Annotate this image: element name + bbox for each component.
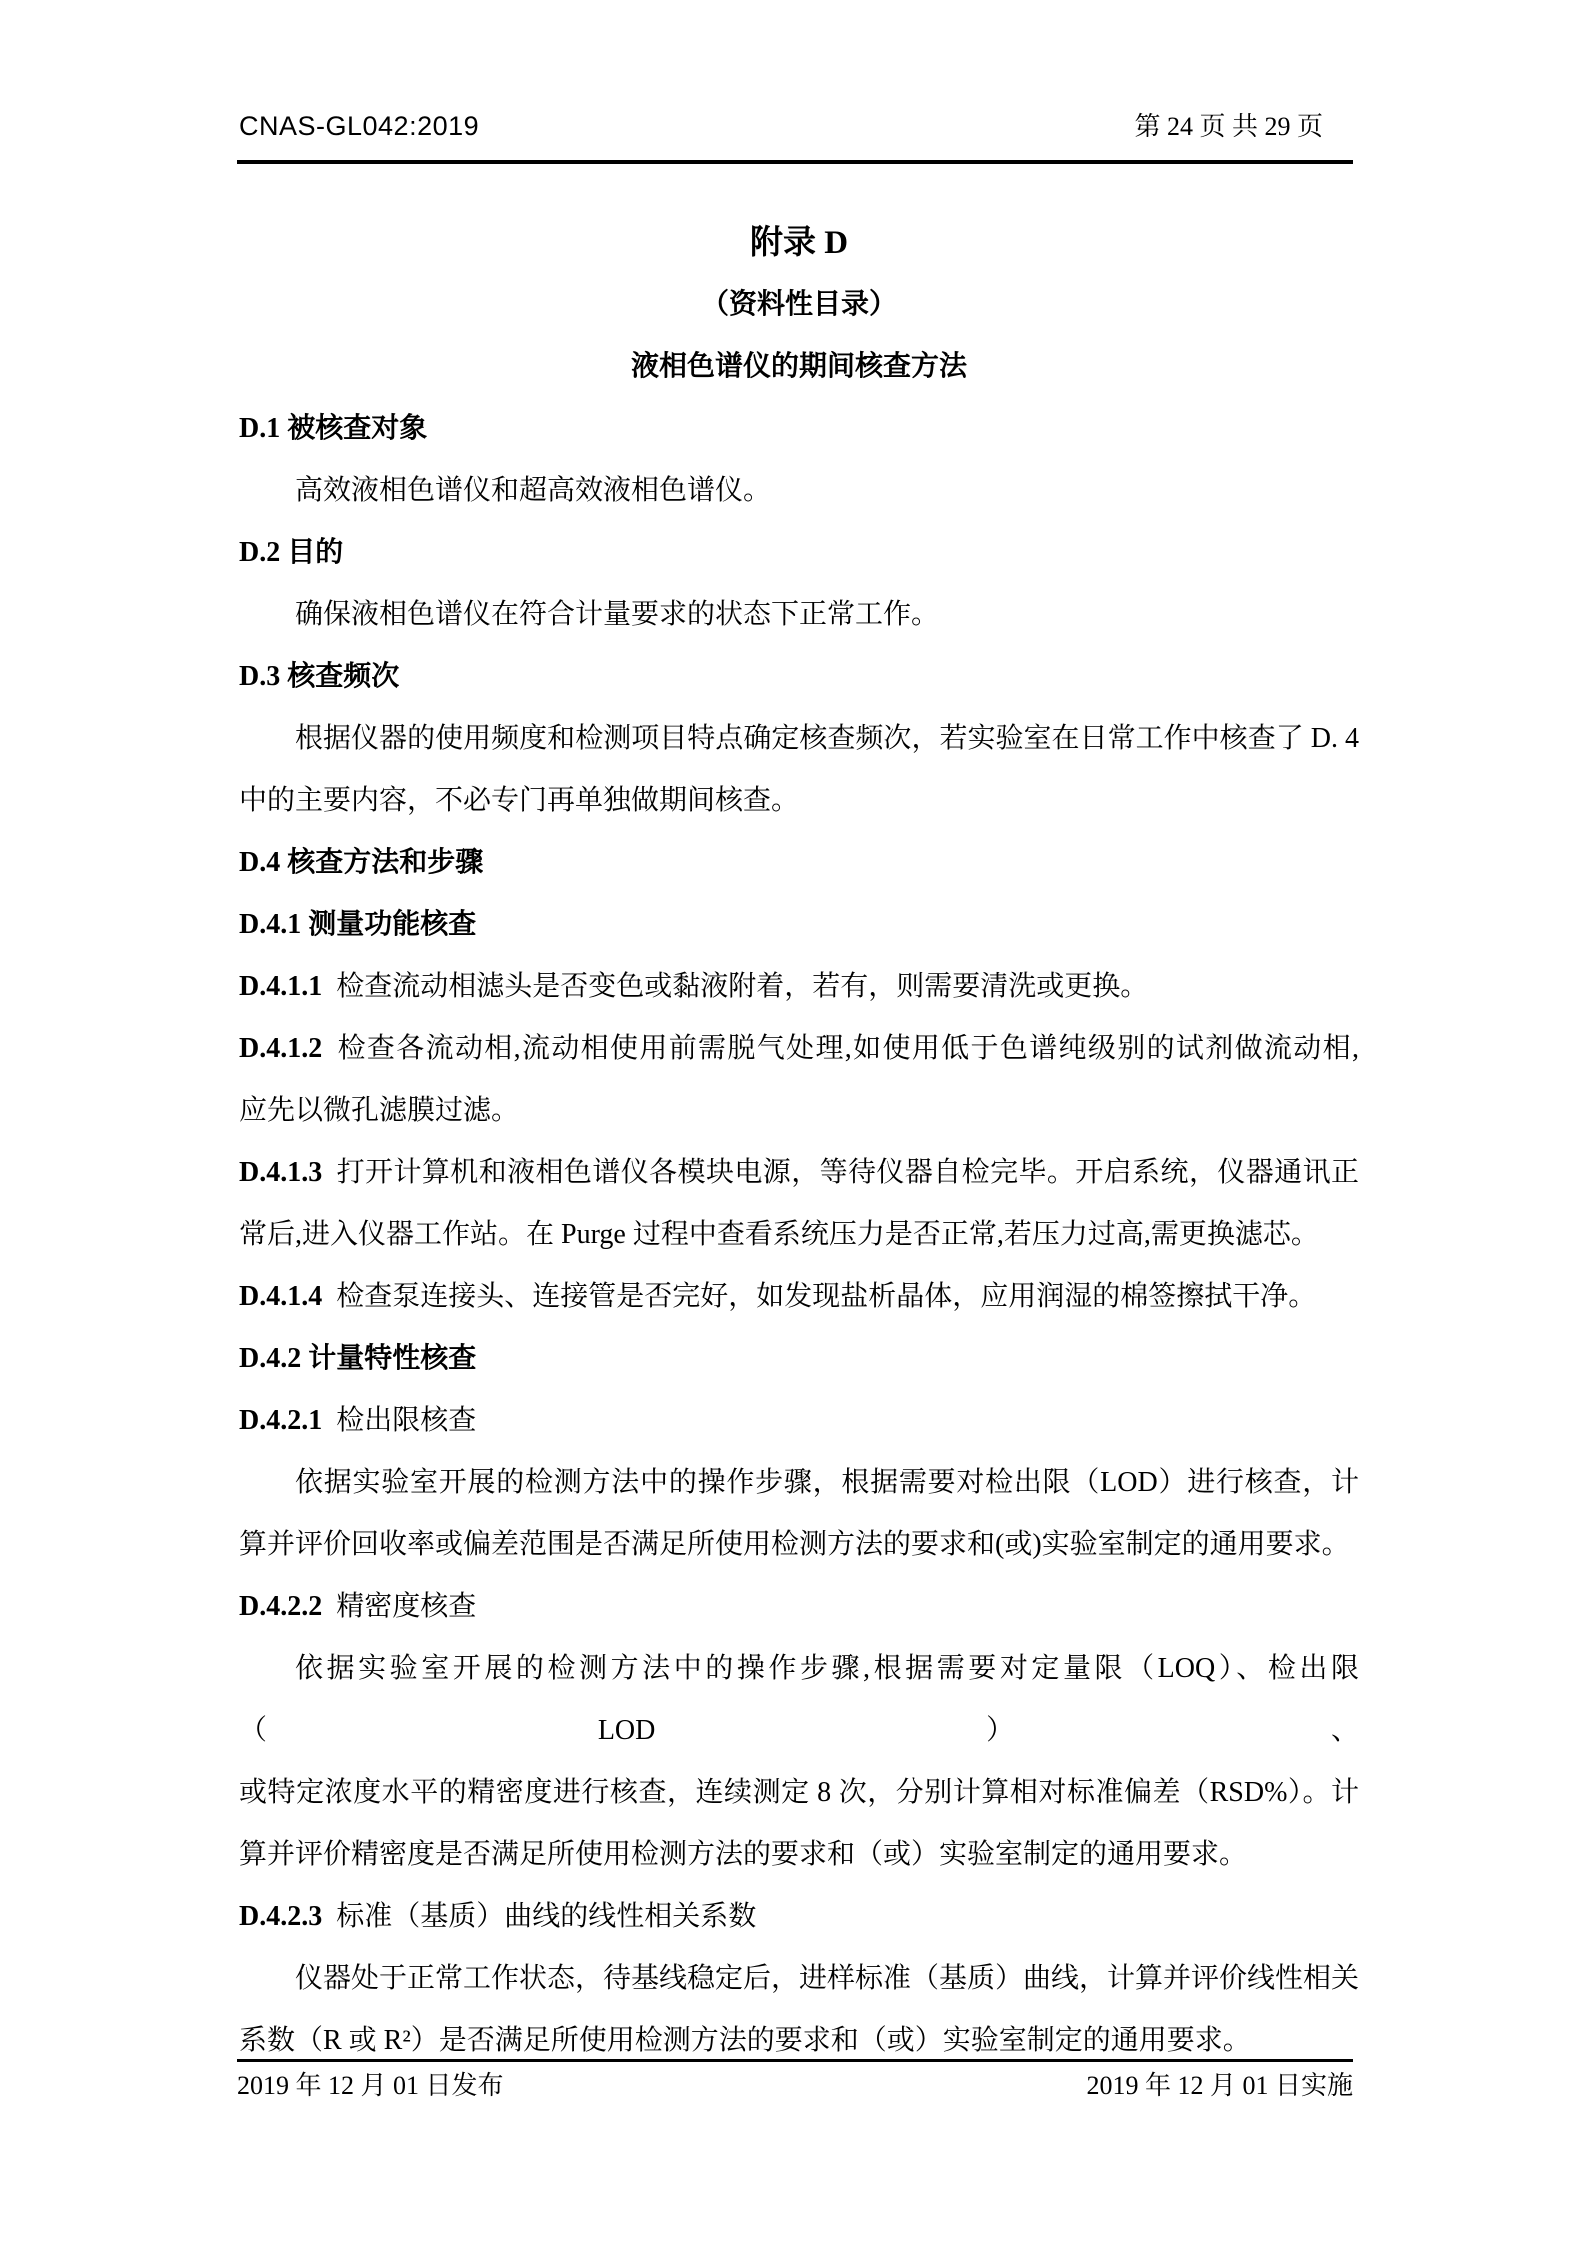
clause-number: D.4.1.2: [239, 1033, 322, 1064]
clause-text: 检查各流动相,流动相使用前需脱气处理,如使用低于色谱纯级别的试剂做流动相,: [336, 1033, 1359, 1064]
paragraph-line: 依据实验室开展的检测方法中的操作步骤,根据需要对定量限（LOQ）、检出限（LOD…: [239, 1638, 1359, 1762]
paragraph-line: 系数（R 或 R²）是否满足所使用检测方法的要求和（或）实验室制定的通用要求。: [239, 2010, 1359, 2072]
clause-d4-1-4: D.4.1.4检查泵连接头、连接管是否完好，如发现盐析晶体，应用润湿的棉签擦拭干…: [239, 1266, 1359, 1328]
document-number: CNAS-GL042:2019: [239, 111, 479, 142]
clause-d4-2-2: D.4.2.2精密度核查: [239, 1576, 1359, 1638]
paragraph-line: 或特定浓度水平的精密度进行核查，连续测定 8 次，分别计算相对标准偏差（RSD%…: [239, 1762, 1359, 1824]
issue-date: 2019 年 12 月 01 日发布: [237, 2066, 504, 2106]
clause-text: 精密度核查: [336, 1591, 476, 1622]
header-rule: [237, 160, 1353, 164]
paragraph-line: 确保液相色谱仪在符合计量要求的状态下正常工作。: [239, 584, 1359, 646]
section-heading-d4-1: D.4.1 测量功能核查: [239, 894, 1359, 956]
appendix-note: （资料性目录）: [239, 274, 1359, 336]
clause-number: D.4.2.2: [239, 1591, 322, 1622]
clause-text: 检出限核查: [336, 1405, 476, 1436]
clause-text: 检查泵连接头、连接管是否完好，如发现盐析晶体，应用润湿的棉签擦拭干净。: [336, 1281, 1316, 1312]
clause-text: 打开计算机和液相色谱仪各模块电源，等待仪器自检完毕。开启系统，仪器通讯正: [336, 1157, 1359, 1188]
paragraph-line: 常后,进入仪器工作站。在 Purge 过程中查看系统压力是否正常,若压力过高,需…: [239, 1204, 1359, 1266]
paragraph-line: 中的主要内容，不必专门再单独做期间核查。: [239, 770, 1359, 832]
implementation-date: 2019 年 12 月 01 日实施: [1086, 2066, 1353, 2106]
page-indicator: 第 24 页 共 29 页: [1134, 106, 1353, 143]
paragraph-line: 算并评价精密度是否满足所使用检测方法的要求和（或）实验室制定的通用要求。: [239, 1824, 1359, 1886]
appendix-title: 附录 D: [239, 212, 1359, 274]
document-body: 附录 D （资料性目录） 液相色谱仪的期间核查方法 D.1 被核查对象 高效液相…: [239, 212, 1359, 2072]
page-header: CNAS-GL042:2019 第 24 页 共 29 页: [239, 106, 1353, 143]
clause-d4-1-2: D.4.1.2检查各流动相,流动相使用前需脱气处理,如使用低于色谱纯级别的试剂做…: [239, 1018, 1359, 1080]
paragraph-line: 应先以微孔滤膜过滤。: [239, 1080, 1359, 1142]
section-heading-d4: D.4 核查方法和步骤: [239, 832, 1359, 894]
section-heading-d1: D.1 被核查对象: [239, 398, 1359, 460]
clause-d4-1-1: D.4.1.1检查流动相滤头是否变色或黏液附着，若有，则需要清洗或更换。: [239, 956, 1359, 1018]
section-heading-d4-2: D.4.2 计量特性核查: [239, 1328, 1359, 1390]
clause-number: D.4.2.3: [239, 1901, 322, 1932]
footer-rule: [237, 2059, 1353, 2062]
clause-number: D.4.1.1: [239, 971, 322, 1002]
document-title: 液相色谱仪的期间核查方法: [239, 336, 1359, 398]
paragraph-line: 算并评价回收率或偏差范围是否满足所使用检测方法的要求和(或)实验室制定的通用要求…: [239, 1514, 1359, 1576]
clause-d4-2-1: D.4.2.1检出限核查: [239, 1390, 1359, 1452]
clause-text: 标准（基质）曲线的线性相关系数: [336, 1901, 756, 1932]
clause-d4-1-3: D.4.1.3打开计算机和液相色谱仪各模块电源，等待仪器自检完毕。开启系统，仪器…: [239, 1142, 1359, 1204]
page-footer: 2019 年 12 月 01 日发布 2019 年 12 月 01 日实施: [237, 2066, 1353, 2106]
paragraph-line: 仪器处于正常工作状态，待基线稳定后，进样标准（基质）曲线，计算并评价线性相关: [239, 1948, 1359, 2010]
paragraph-line: 根据仪器的使用频度和检测项目特点确定核查频次，若实验室在日常工作中核查了 D. …: [239, 708, 1359, 770]
document-page: CNAS-GL042:2019 第 24 页 共 29 页 附录 D （资料性目…: [0, 0, 1587, 2245]
clause-text: 检查流动相滤头是否变色或黏液附着，若有，则需要清洗或更换。: [336, 971, 1148, 1002]
clause-d4-2-3: D.4.2.3标准（基质）曲线的线性相关系数: [239, 1886, 1359, 1948]
section-heading-d3: D.3 核查频次: [239, 646, 1359, 708]
section-heading-d2: D.2 目的: [239, 522, 1359, 584]
paragraph-line: 依据实验室开展的检测方法中的操作步骤，根据需要对检出限（LOD）进行核查，计: [239, 1452, 1359, 1514]
clause-number: D.4.1.3: [239, 1157, 322, 1188]
clause-number: D.4.2.1: [239, 1405, 322, 1436]
paragraph-line: 高效液相色谱仪和超高效液相色谱仪。: [239, 460, 1359, 522]
clause-number: D.4.1.4: [239, 1281, 322, 1312]
